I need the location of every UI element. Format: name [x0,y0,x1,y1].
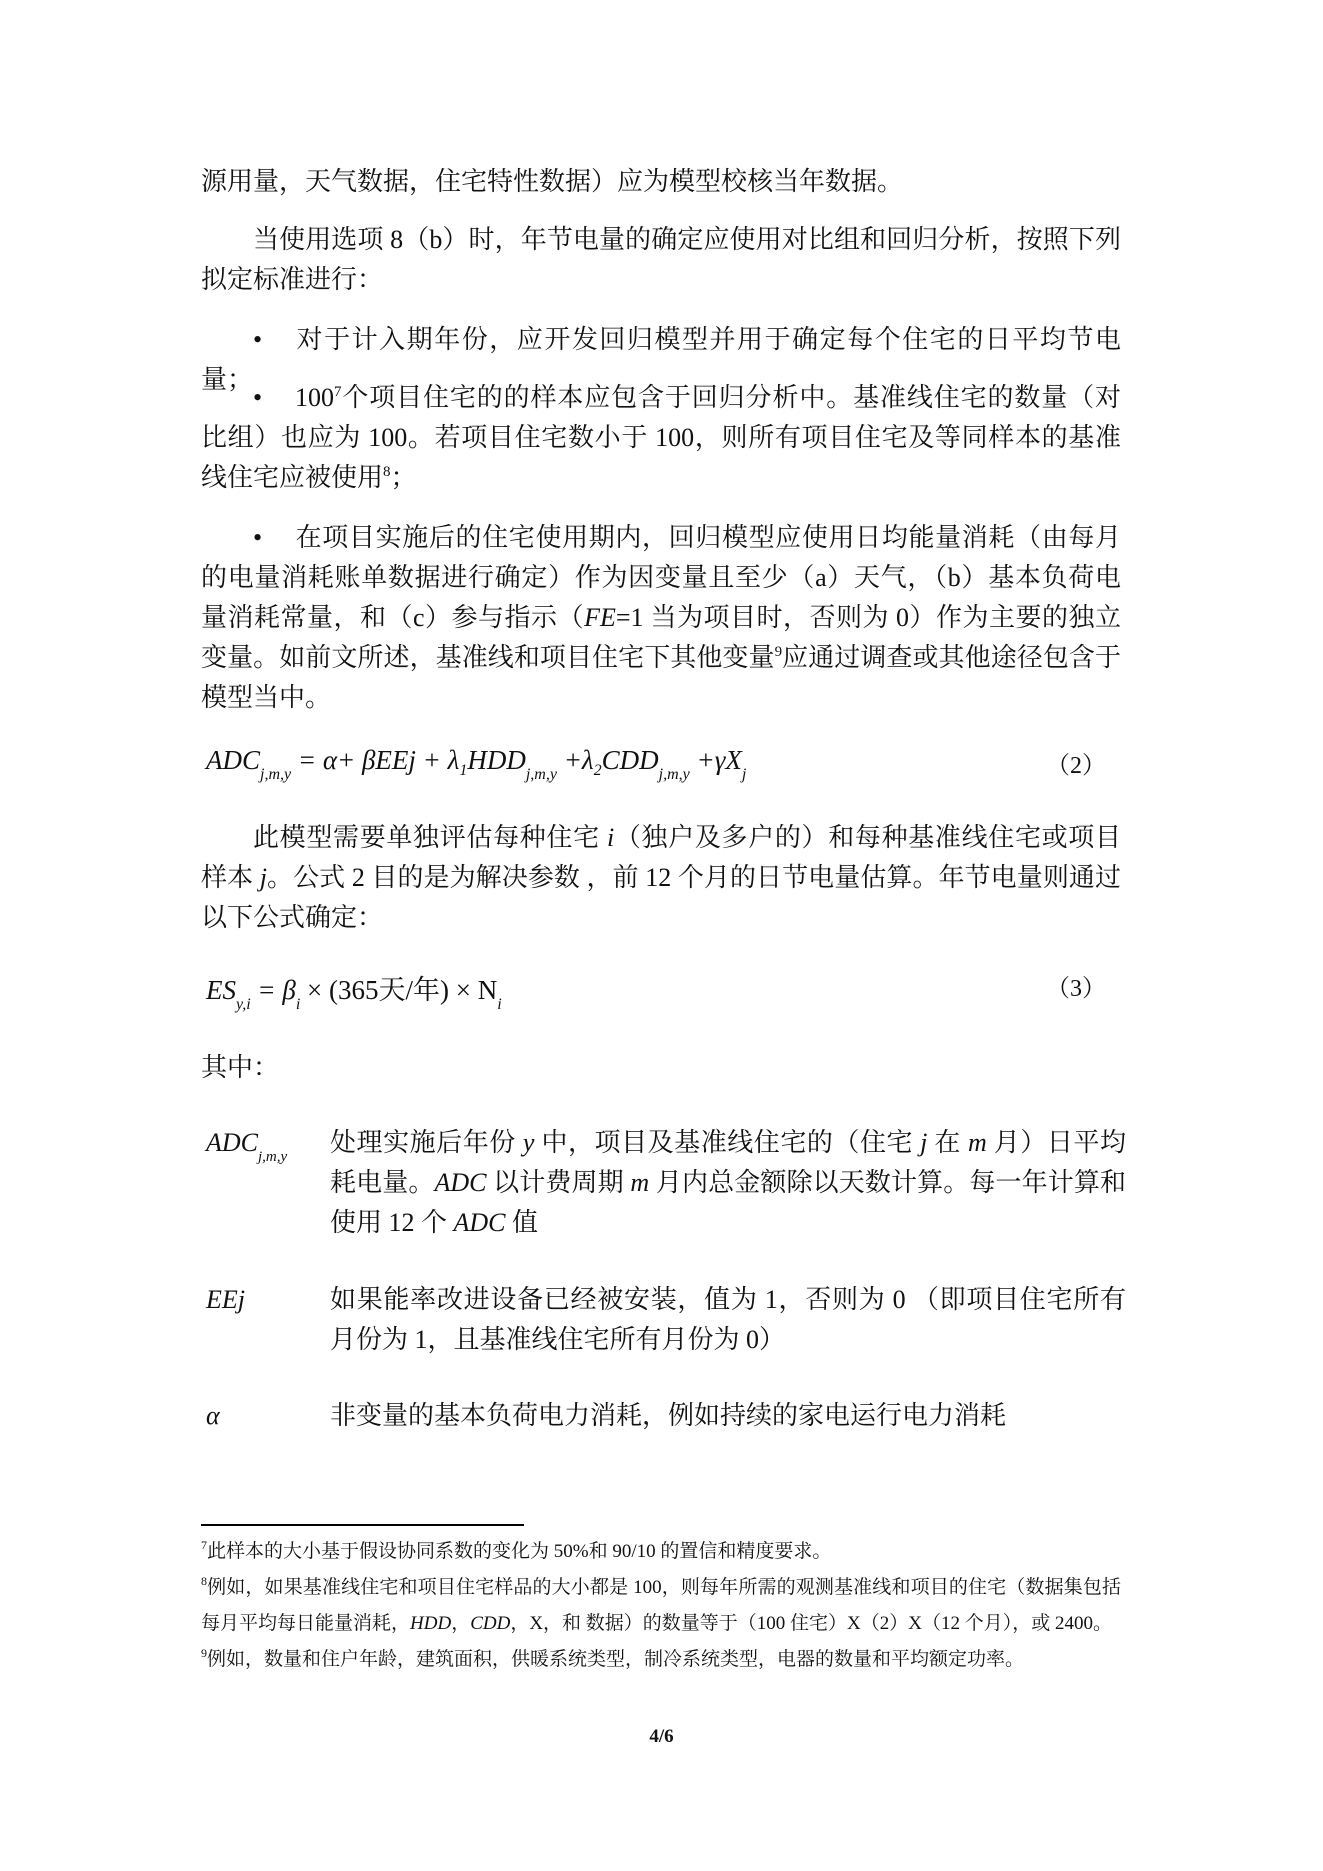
footnote-8: 8例如，如果基准线住宅和项目住宅样品的大小都是 100，则每年所需的观测基准线和… [201,1570,1121,1642]
footnote-text: 例如，数量和住户年龄，建筑面积，供暖系统类型，制冷系统类型，电器的数量和平均额定… [207,1649,1024,1670]
variable: ADC [435,1168,487,1197]
document-page: 源用量，天气数据，住宅特性数据）应为模型校核当年数据。 当使用选项 8（b）时，… [0,0,1323,1871]
eq-term: = β [251,975,296,1005]
paragraph-text: 其中： [201,1048,1121,1088]
bullet-icon: • [253,378,295,418]
eq-term: ES [206,975,236,1005]
eq-subscript: i [497,996,501,1013]
paragraph-2: 当使用选项 8（b）时，年节电量的确定应使用对比组和回归分析，按照下列拟定标准进… [201,220,1121,300]
equation-2: ADCj,m,y = α+ βEEj + λ1HDDj,m,y +λ2CDDj,… [206,745,1106,789]
footnote-text: 此样本的大小基于假设协同系数的变化为 50%和 90/10 的置信和精度要求。 [207,1541,831,1562]
desc-text: 处理实施后年份 [330,1128,523,1157]
eq-term: HDD [467,745,526,775]
eq-term: CDD [602,745,659,775]
footnote-7: 7此样本的大小基于假设协同系数的变化为 50%和 90/10 的置信和精度要求。 [201,1534,1121,1570]
footnote-text: ，X，和 数据）的数量等于（100 住宅）X（2）X（12 个月），或 2400… [510,1613,1112,1634]
definition-term: EEj [206,1280,245,1320]
where-label: 其中： [201,1048,1121,1088]
variable: ADC [454,1208,506,1237]
eq-term: × (365天/年) × N [300,975,497,1005]
variable: m [630,1168,649,1197]
desc-text: 中，项目及基准线住宅的（住宅 [534,1128,920,1157]
eq-subscript: 2 [594,762,602,779]
bullet-item-2: •1007个项目住宅的的样本应包含于回归分析中。基准线住宅的数量（对比组）也应为… [201,378,1121,498]
definition-alpha: α 非变量的基本负荷电力消耗，例如持续的家电运行电力消耗 [206,1396,1126,1436]
eq-subscript: j,m,y [526,766,557,783]
eq-term: +γX [690,745,742,775]
definition-description: 处理实施后年份 y 中，项目及基准线住宅的（住宅 j 在 m 月）日平均耗电量。… [330,1123,1126,1243]
definition-eej: EEj 如果能率改进设备已经被安装，值为 1，否则为 0 （即项目住宅所有月份为… [206,1280,1126,1360]
desc-text: 值 [506,1208,539,1237]
eq-subscript: j,m,y [260,766,291,783]
term-subscript: j,m,y [258,1149,287,1165]
bullet-text: ； [391,463,417,492]
paragraph-text: 。公式 2 目的是为解决参数 ，前 12 个月的日节电量估算。年节电量则通过以下… [201,863,1121,932]
paragraph-text: 此模型需要单独评估每种住宅 [253,823,607,852]
eq-term: ADC [206,745,260,775]
footnote-9: 9例如，数量和住户年龄，建筑面积，供暖系统类型，制冷系统类型，电器的数量和平均额… [201,1642,1121,1678]
definition-description: 非变量的基本负荷电力消耗，例如持续的家电运行电力消耗 [330,1396,1126,1436]
equation-3: ESy,i = βi × (365天/年) × Ni （3） [206,968,1106,1012]
eq-subscript: j,m,y [659,766,690,783]
variable-j: j [260,863,267,892]
eq-subscript: j [742,766,746,783]
bullet-text: 100 [295,383,334,412]
footnotes: 7此样本的大小基于假设协同系数的变化为 50%和 90/10 的置信和精度要求。… [201,1534,1121,1678]
variable-hdd: HDD [410,1613,451,1634]
bullet-icon: • [253,320,295,360]
paragraph-text: 当使用选项 8（b）时，年节电量的确定应使用对比组和回归分析，按照下列拟定标准进… [201,220,1121,300]
page-number: 4/6 [0,1726,1323,1748]
variable: m [968,1128,987,1157]
paragraph-1: 源用量，天气数据，住宅特性数据）应为模型校核当年数据。 [201,162,1121,202]
variable-cdd: CDD [470,1613,510,1634]
eq-term: = α+ βEEj + λ [291,745,459,775]
desc-text: 在 [927,1128,968,1157]
term-text: ADC [206,1128,258,1157]
bullet-icon: • [253,518,295,558]
footnote-text: ， [451,1613,470,1634]
variable-fe: FE [584,603,616,632]
equation-number: （2） [1046,745,1106,780]
footnote-ref-9[interactable]: 9 [775,644,783,660]
definition-term: ADCj,m,y [206,1123,287,1177]
definition-description: 如果能率改进设备已经被安装，值为 1，否则为 0 （即项目住宅所有月份为 1，且… [330,1280,1126,1360]
bullet-item-3: •在项目实施后的住宅使用期内，回归模型应使用日均能量消耗（由每月的电量消耗账单数… [201,518,1121,718]
equation-number: （3） [1046,968,1106,1003]
desc-text: 以计费周期 [487,1168,631,1197]
footnote-ref-8[interactable]: 8 [383,464,391,480]
paragraph-3: 此模型需要单独评估每种住宅 i（独户及多户的）和每种基准线住宅或项目样本 j。公… [201,818,1121,938]
paragraph-text: 源用量，天气数据，住宅特性数据）应为模型校核当年数据。 [201,162,1121,202]
footnote-separator [201,1524,524,1526]
footnote-ref-7[interactable]: 7 [334,384,342,400]
eq-term: +λ [557,745,594,775]
eq-subscript: y,i [236,996,251,1013]
definition-adc: ADCj,m,y 处理实施后年份 y 中，项目及基准线住宅的（住宅 j 在 m … [206,1123,1126,1243]
definition-term: α [206,1396,220,1436]
variable: y [523,1128,535,1157]
